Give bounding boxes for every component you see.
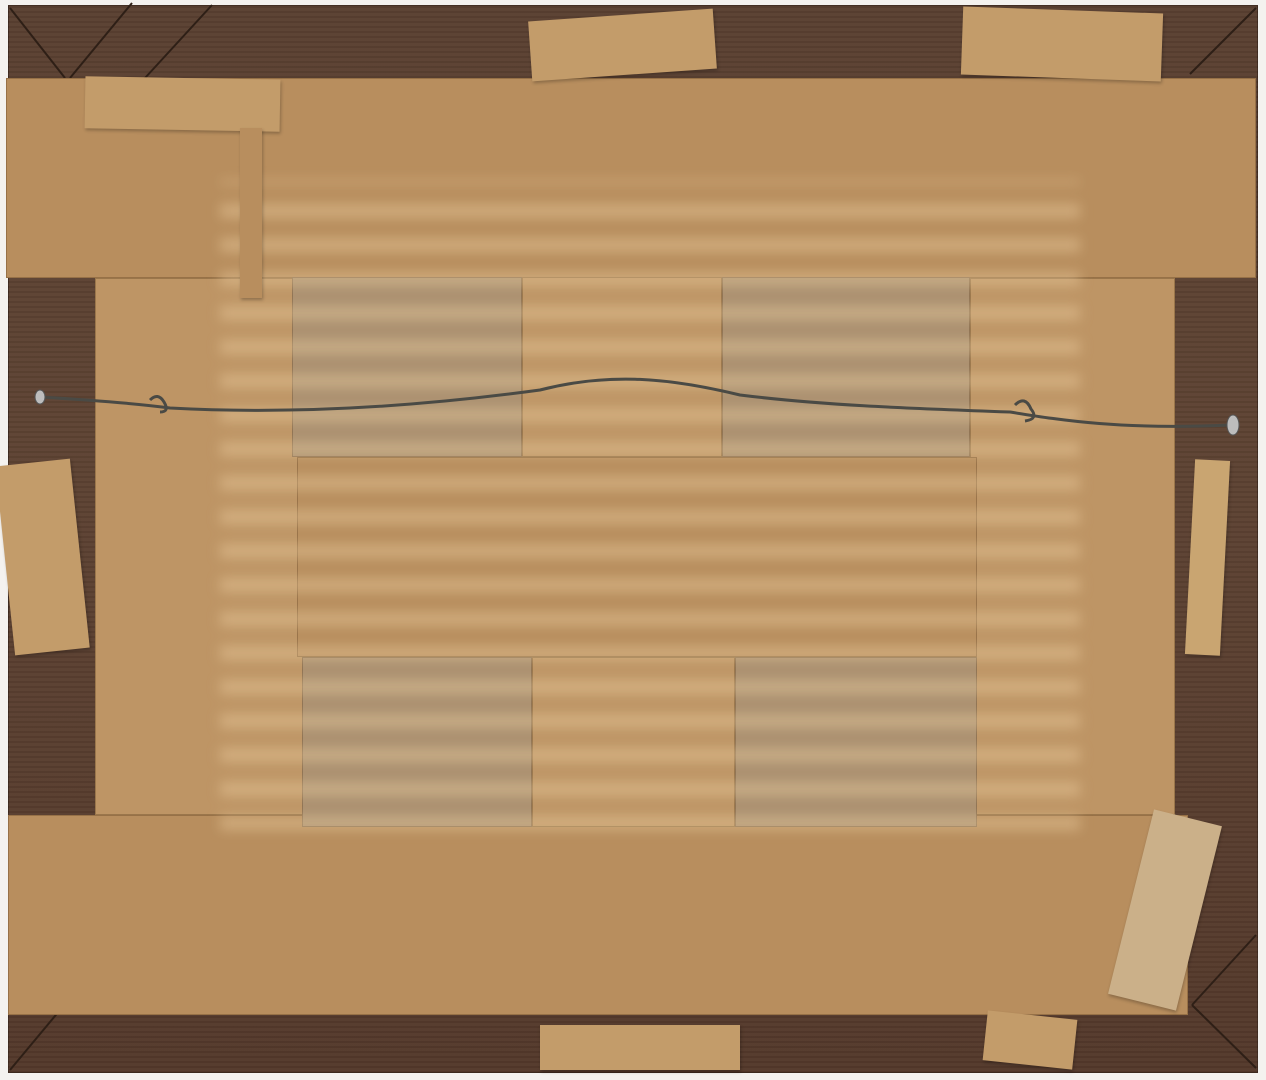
screw-eye-left-icon <box>35 390 45 404</box>
hanging-wire <box>0 0 1266 1080</box>
screw-eye-right-icon <box>1227 415 1239 435</box>
